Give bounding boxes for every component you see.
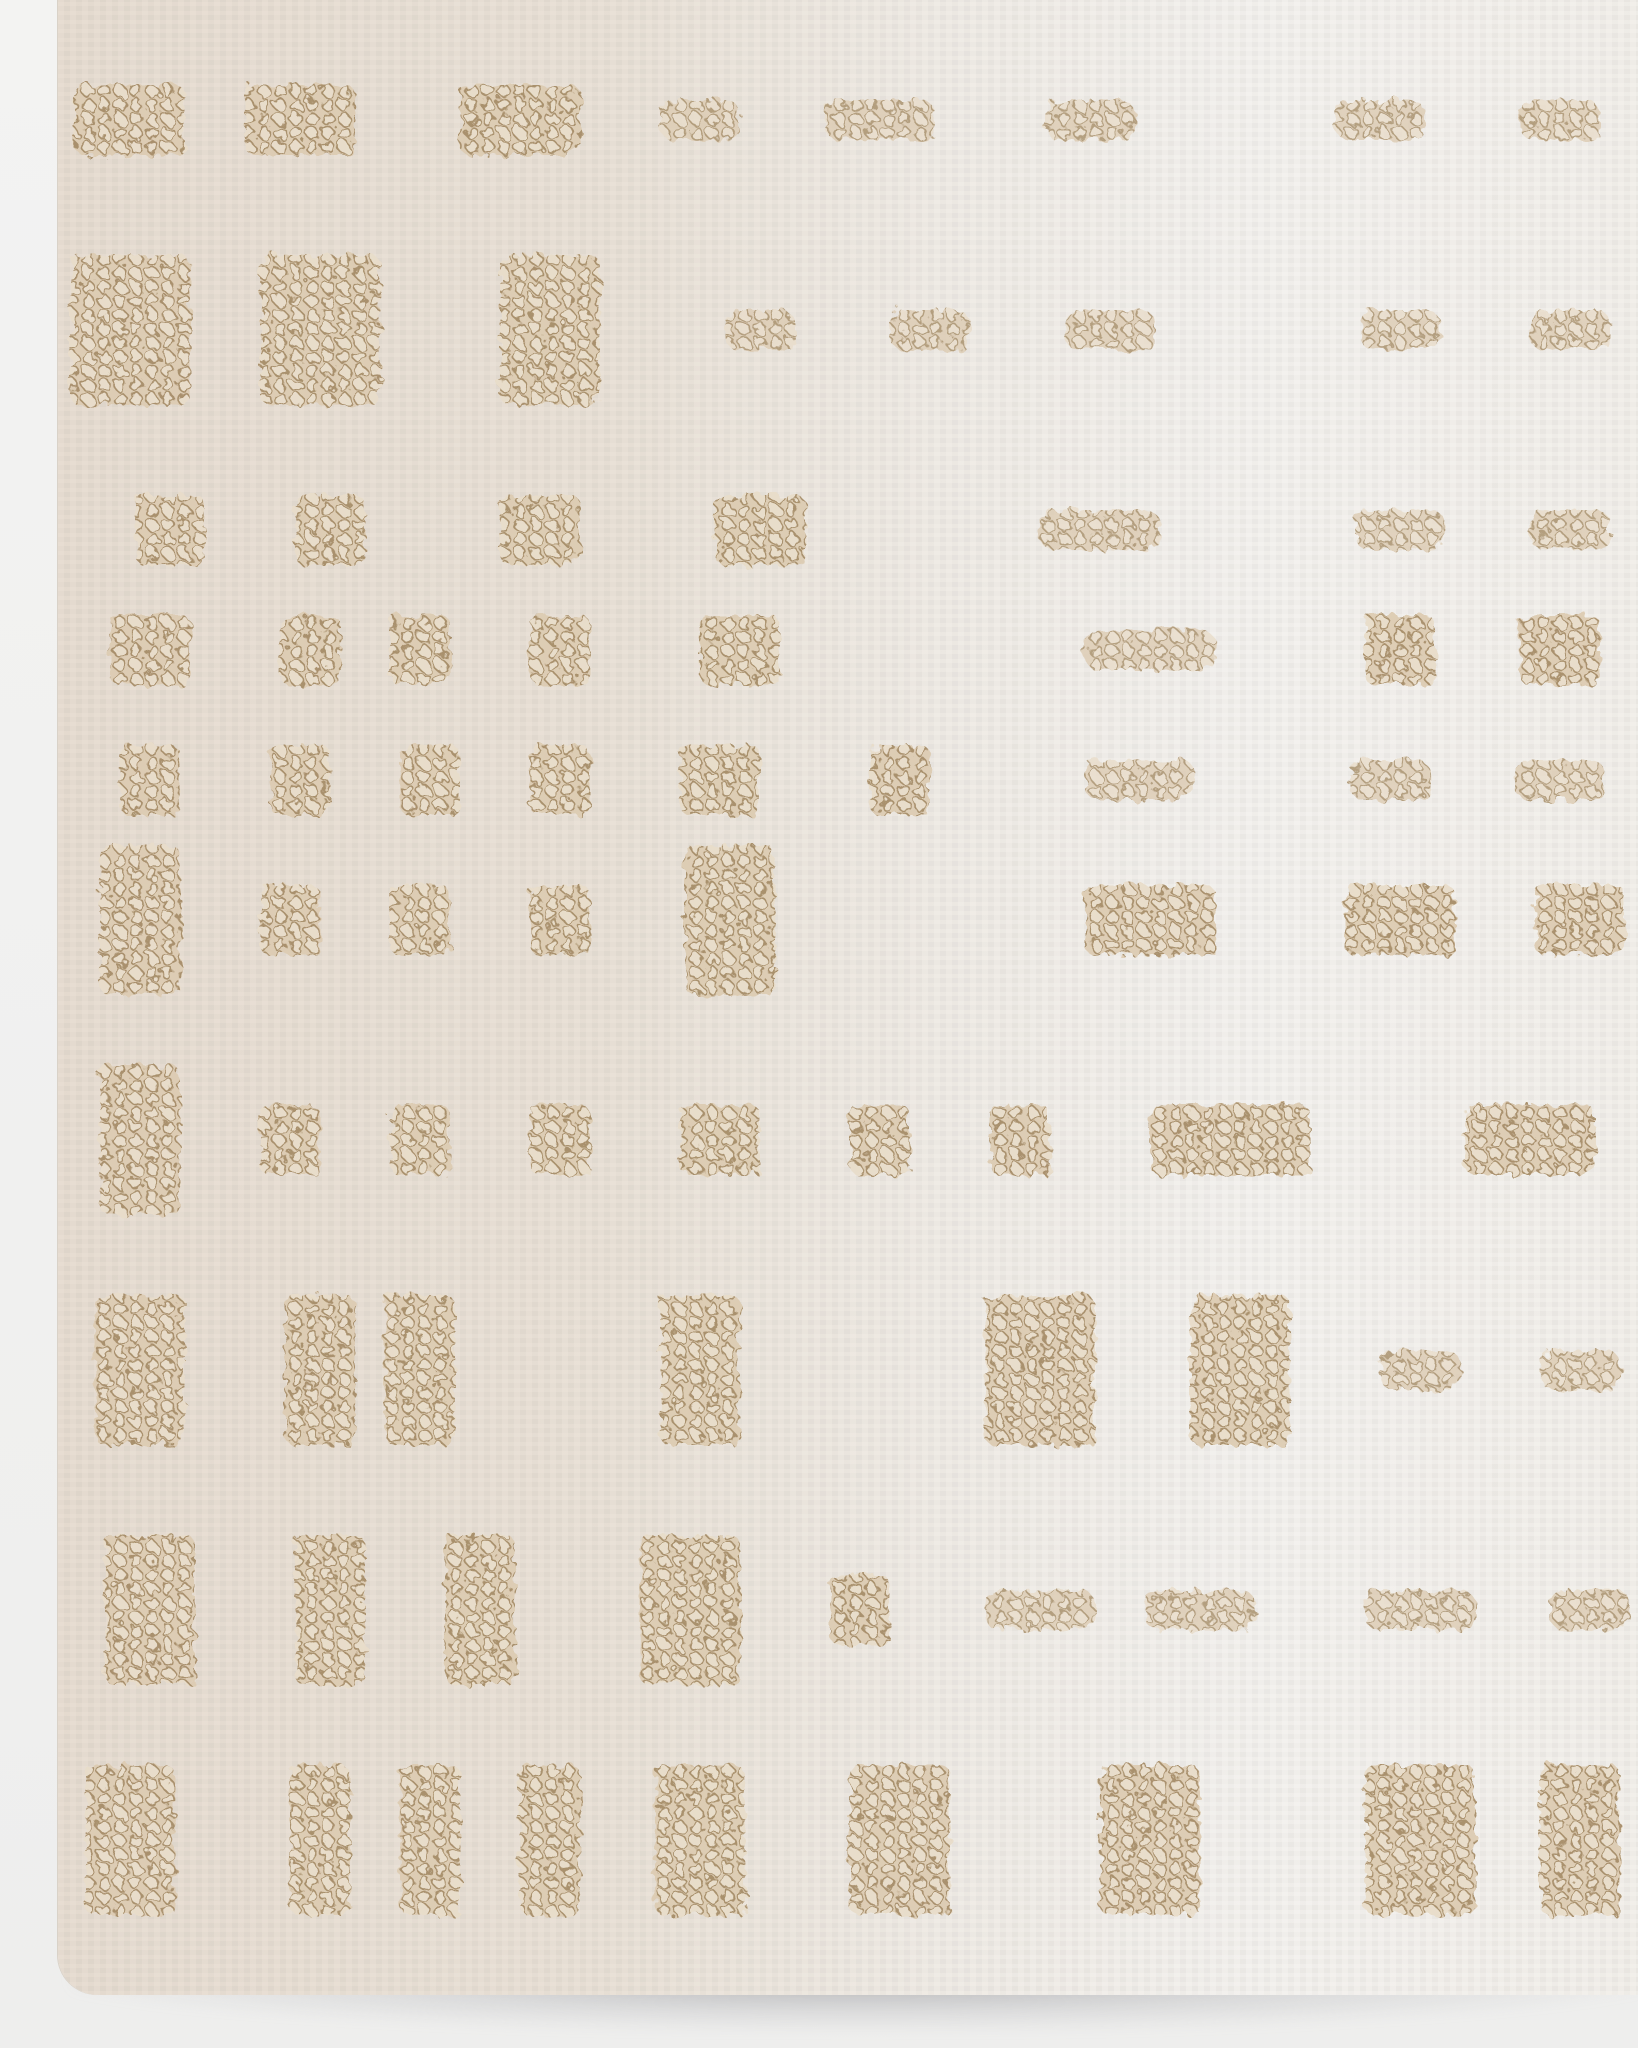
rug-motif-dash — [825, 100, 935, 140]
rug-motif-dot — [700, 615, 780, 685]
rug-motif-dot — [280, 615, 340, 685]
rug-motif-block — [85, 1765, 175, 1915]
rug-motif-dot — [260, 1105, 320, 1175]
rug-motif-dash — [985, 1590, 1095, 1630]
rug-motif-block — [850, 1765, 950, 1915]
rug-motif-block — [100, 845, 180, 995]
rug-motif-dash — [1045, 100, 1135, 140]
rug-motif-wide — [245, 85, 355, 155]
rug-motif-dash — [1550, 1590, 1630, 1630]
rug-motif-block — [985, 1295, 1095, 1445]
rug-motif-wide — [1085, 885, 1215, 955]
rug-motif-dot — [260, 885, 320, 955]
rug-motif-dash — [1360, 310, 1440, 350]
rug-motif-dash — [1530, 510, 1610, 550]
rug-motif-block — [285, 1295, 355, 1445]
rug-motif-dot — [530, 885, 590, 955]
rug-motif-dot — [135, 495, 205, 565]
rug-motif-dash — [725, 310, 795, 350]
rug-motif-block — [295, 1535, 365, 1685]
rug-motif-dash — [1380, 1350, 1460, 1390]
rug-motif-dash — [1540, 1350, 1620, 1390]
rug-motif-wide — [460, 85, 580, 155]
rug-motif-dash — [1515, 760, 1605, 800]
rug-motif-dash — [890, 310, 970, 350]
rug-motif-dot — [715, 495, 805, 565]
rug-motif-dot — [680, 745, 760, 815]
rug-motif-dot — [530, 745, 590, 815]
rug-motif-dot — [990, 1105, 1050, 1175]
rug-motif-wide — [1465, 1105, 1595, 1175]
rug-motif-dot — [1520, 615, 1600, 685]
rug-motif-block — [290, 1765, 350, 1915]
rug-motif-dash — [1065, 310, 1155, 350]
rug-motif-dot — [110, 615, 190, 685]
rug-motif-block — [520, 1765, 580, 1915]
rug-motif-dash — [1355, 510, 1445, 550]
rug-motif-dash — [1335, 100, 1425, 140]
rug-motif-block — [1100, 1765, 1200, 1915]
rug-motif-dot — [530, 615, 590, 685]
rug-motif-block — [1540, 1765, 1620, 1915]
rug-motif-block — [685, 845, 775, 995]
rug-motif-dash — [1530, 310, 1610, 350]
rug-motif-dot — [390, 885, 450, 955]
rug-motif-block — [100, 1065, 180, 1215]
rug-motif-dash — [1040, 510, 1160, 550]
rug-motif-dot — [680, 1105, 760, 1175]
rug-motif-block — [400, 1765, 460, 1915]
rug-motif-dash — [660, 100, 740, 140]
rug-motif-block — [640, 1535, 740, 1685]
rug-motif-wide — [1345, 885, 1455, 955]
rug-motif-block — [260, 255, 380, 405]
rug-motif-dot — [270, 745, 330, 815]
rug-motif-dot — [870, 745, 930, 815]
rug-motif-dash — [1520, 100, 1600, 140]
rug-motif-block — [1365, 1765, 1475, 1915]
rug-motif-block — [95, 1295, 185, 1445]
rug-motif-block — [70, 255, 190, 405]
rug-motif-block — [105, 1535, 195, 1685]
rug-motif-block — [445, 1535, 515, 1685]
rug-motif-block — [385, 1295, 455, 1445]
rug-motif-block — [660, 1295, 740, 1445]
rug-motif-block — [1190, 1295, 1290, 1445]
rug-motif-dot — [1365, 615, 1435, 685]
photo-scene: Close-up corner of a hand-knotted rug wi… — [0, 0, 1638, 2048]
rug-motif-wide — [75, 85, 185, 155]
rug-motif-block — [655, 1765, 745, 1915]
rug-motif-dot — [390, 1105, 450, 1175]
rug-motif-dot — [530, 1105, 590, 1175]
rug-motif-dot — [390, 615, 450, 685]
rug-motif-dot — [295, 495, 365, 565]
rug-motif-dot — [400, 745, 460, 815]
rug-motif-block — [500, 255, 600, 405]
rug-motif-dot — [850, 1105, 910, 1175]
rug-motif-dash — [1085, 630, 1215, 670]
rug-motif-dash — [1365, 1590, 1475, 1630]
rug-motif-dash — [1350, 760, 1430, 800]
rug-motif-wide — [1535, 885, 1625, 955]
rug — [58, 0, 1638, 1995]
rug-motif-dash — [1145, 1590, 1255, 1630]
rug-motif-dash — [1085, 760, 1195, 800]
rug-motif-dot — [500, 495, 580, 565]
rug-motif-pattern — [58, 0, 1638, 1995]
rug-motif-dot — [830, 1575, 890, 1645]
rug-motif-wide — [1150, 1105, 1310, 1175]
rug-motif-dot — [120, 745, 180, 815]
